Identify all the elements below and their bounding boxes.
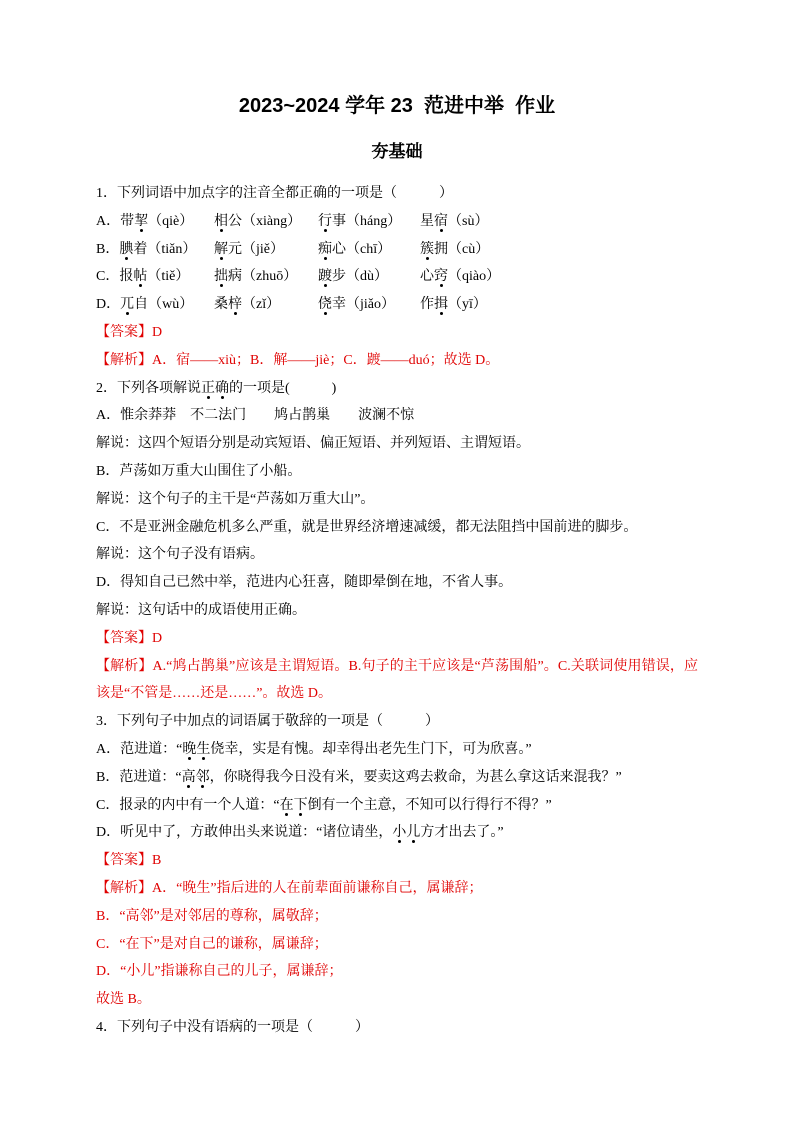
dotted-char: 腆 — [119, 242, 133, 257]
dotted-char: 拙 — [214, 269, 228, 284]
dotted-char: 帖 — [133, 269, 147, 284]
q2-explain-a: 解说：这四个短语分别是动宾短语、偏正短语、并列短语、主谓短语。 — [96, 430, 698, 458]
q3-conclusion: 故选 B。 — [96, 986, 698, 1014]
q1-option-row-b: B．腆着（tiǎn） 解元（jiě） 痴心（chī） 簇拥（cù） — [96, 236, 698, 264]
q1-c-col1: C．报帖（tiě） — [96, 263, 214, 291]
dotted-char: 兀 — [120, 297, 134, 312]
section-heading: 夯基础 — [96, 138, 698, 166]
dotted-char: 行 — [318, 214, 332, 229]
worksheet-page: 2023~2024 学年 23 范进中举 作业 夯基础 1．下列词语中加点字的注… — [0, 0, 793, 1122]
q1-option-row-a: A．带挈（qiè） 相公（xiàng） 行事（háng） 星宿（sù） — [96, 208, 698, 236]
q3-option-c: C．报录的内中有一个人道：“在下倒有一个主意，不知可以行得行不得？” — [96, 792, 698, 820]
q1-d-col4: 作揖（yī） — [420, 291, 698, 319]
q1-stem: 1．下列词语中加点字的注音全都正确的一项是（ ） — [96, 180, 698, 208]
dotted-char: 解 — [214, 242, 228, 257]
q1-option-row-d: D．兀自（wù） 桑梓（zǐ） 侥幸（jiǎo） 作揖（yī） — [96, 291, 698, 319]
dotted-char: 梓 — [228, 297, 242, 312]
q2-explain-d: 解说：这句话中的成语使用正确。 — [96, 597, 698, 625]
q1-a-col1: A．带挈（qiè） — [96, 208, 214, 236]
dotted-char: 挈 — [134, 214, 148, 229]
q1-c-col4: 心窍（qiào） — [420, 263, 698, 291]
dotted-char: 儿 — [406, 825, 420, 840]
dotted-char: 窍 — [434, 269, 448, 284]
q4-stem: 4．下列句子中没有语病的一项是（ ） — [96, 1014, 698, 1042]
q3-option-a: A．范进道：“晚生侥幸，实是有愧。却幸得出老先生门下，可为欣喜。” — [96, 736, 698, 764]
dotted-char: 小 — [392, 825, 406, 840]
dotted-char: 簇 — [420, 242, 434, 257]
q2-stem: 2．下列各项解说正确的一项是( ) — [96, 375, 698, 403]
dotted-char: 揖 — [434, 297, 448, 312]
dotted-char: 踱 — [318, 269, 332, 284]
q3-analysis-b: B．“高邻”是对邻居的尊称，属敬辞； — [96, 903, 698, 931]
q3-option-b: B．范进道：“高邻，你晓得我今日没有米，要卖这鸡去救命，为甚么拿这话来混我？” — [96, 764, 698, 792]
q1-b-col1: B．腆着（tiǎn） — [96, 236, 214, 264]
q1-b-col2: 解元（jiě） — [214, 236, 318, 264]
page-title: 2023~2024 学年 23 范进中举 作业 — [96, 92, 698, 120]
q1-answer: 【答案】D — [96, 319, 698, 347]
q1-analysis: 【解析】A．宿——xiù；B．解——jiè；C．踱——duó；故选 D。 — [96, 347, 698, 375]
q2-option-d: D．得知自己已然中举，范进内心狂喜，随即晕倒在地，不省人事。 — [96, 569, 698, 597]
dotted-char: 晚 — [182, 742, 196, 757]
q1-c-col2: 拙病（zhuō） — [214, 263, 318, 291]
dotted-char: 高 — [182, 770, 196, 785]
q3-option-d: D．听见中了，方敢伸出头来说道：“诸位请坐，小儿方才出去了。” — [96, 819, 698, 847]
dotted-char: 相 — [214, 214, 228, 229]
q1-d-col2: 桑梓（zǐ） — [214, 291, 318, 319]
q1-a-col4: 星宿（sù） — [420, 208, 698, 236]
q1-b-col4: 簇拥（cù） — [420, 236, 698, 264]
dotted-char: 生 — [196, 742, 210, 757]
q3-analysis-c: C．“在下”是对自己的谦称，属谦辞； — [96, 931, 698, 959]
q2-explain-c: 解说：这个句子没有语病。 — [96, 541, 698, 569]
q2-explain-b: 解说：这个句子的主干是“芦荡如万重大山”。 — [96, 486, 698, 514]
q2-option-b: B．芦荡如万重大山围住了小船。 — [96, 458, 698, 486]
dotted-char: 宿 — [434, 214, 448, 229]
q3-analysis-d: D．“小儿”指谦称自己的儿子，属谦辞； — [96, 958, 698, 986]
q2-option-a: A．惟余莽莽 不二法门 鸠占鹊巢 波澜不惊 — [96, 402, 698, 430]
dotted-char: 在 — [280, 798, 294, 813]
dotted-char: 邻 — [196, 770, 210, 785]
q1-a-col2: 相公（xiàng） — [214, 208, 318, 236]
q3-answer: 【答案】B — [96, 847, 698, 875]
q2-option-c: C．不是亚洲金融危机多么严重，就是世界经济增速减缓，都无法阻挡中国前进的脚步。 — [96, 514, 698, 542]
worksheet-body: 1．下列词语中加点字的注音全都正确的一项是（ ） A．带挈（qiè） 相公（xi… — [96, 180, 698, 1042]
dotted-char: 确 — [215, 381, 229, 396]
q2-answer: 【答案】D — [96, 625, 698, 653]
q1-c-col3: 踱步（dù） — [318, 263, 420, 291]
q1-option-row-c: C．报帖（tiě） 拙病（zhuō） 踱步（dù） 心窍（qiào） — [96, 263, 698, 291]
q1-b-col3: 痴心（chī） — [318, 236, 420, 264]
dotted-char: 痴 — [318, 242, 332, 257]
dotted-char: 侥 — [318, 297, 332, 312]
q1-d-col1: D．兀自（wù） — [96, 291, 214, 319]
dotted-char: 下 — [294, 798, 308, 813]
q2-analysis: 【解析】A.“鸠占鹊巢”应该是主谓短语。B.句子的主干应该是“芦荡围船”。C.关… — [96, 653, 698, 709]
dotted-char: 正 — [201, 381, 215, 396]
q1-d-col3: 侥幸（jiǎo） — [318, 291, 420, 319]
q1-a-col3: 行事（háng） — [318, 208, 420, 236]
q3-stem: 3．下列句子中加点的词语属于敬辞的一项是（ ） — [96, 708, 698, 736]
q3-analysis-a: 【解析】A．“晚生”指后进的人在前辈面前谦称自己，属谦辞； — [96, 875, 698, 903]
